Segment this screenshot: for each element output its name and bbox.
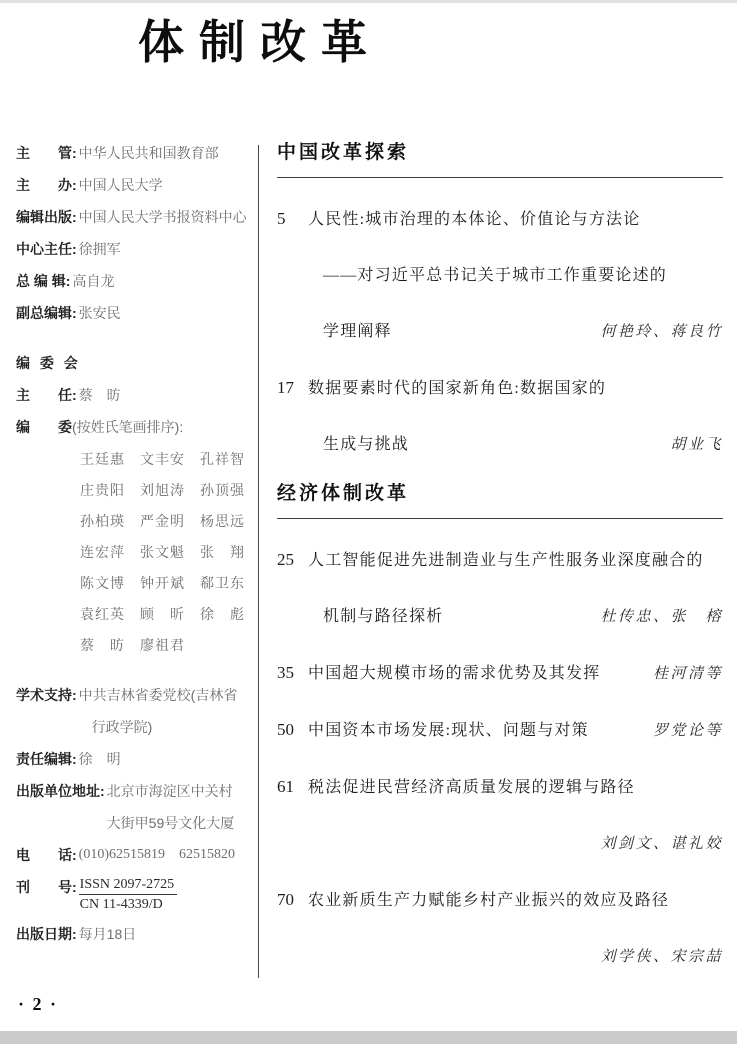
entry-authors: 桂河清等	[641, 664, 723, 684]
publisher-address-row: 出版单位地址: 北京市海淀区中关村	[16, 780, 254, 802]
field-label: 刊 号:	[16, 876, 77, 898]
field-label: 总 编 辑:	[16, 270, 70, 292]
column-divider	[258, 145, 259, 978]
masthead-row-organizer: 主 办: 中国人民大学	[16, 174, 254, 196]
board-member-row: 王廷惠 文丰安 孔祥智	[80, 448, 254, 470]
field-value: 行政学院)	[92, 716, 153, 738]
entry-title: 数据要素时代的国家新角色:数据国家的	[308, 379, 606, 399]
issue-number-row: 刊 号: ISSN 2097-2725 CN 11-4339/D	[16, 876, 254, 913]
board-member-row: 蔡 昉 廖祖君	[80, 634, 254, 656]
field-label: 电 话:	[16, 844, 77, 866]
field-value: 徐拥军	[79, 238, 121, 260]
entry-authors: 罗党论等	[641, 721, 723, 741]
field-value: 每月18日	[79, 923, 137, 945]
board-member-row: 连宏萍 张文魁 张 翔	[80, 541, 254, 563]
entry-title: 人民性:城市治理的本体论、价值论与方法论	[308, 210, 640, 230]
board-member-row: 孙柏瑛 严金明 杨思远	[80, 510, 254, 532]
field-label: 主 办:	[16, 174, 77, 196]
scan-edge-top	[0, 0, 737, 3]
toc-entry-subtitle-line: 学理阐释 何艳玲、蒋良竹	[277, 322, 723, 342]
entry-title: 农业新质生产力赋能乡村产业振兴的效应及路径	[308, 891, 669, 911]
field-label: 出版日期:	[16, 923, 77, 945]
field-label: 主 管:	[16, 142, 77, 164]
field-value: 蔡 昉	[79, 384, 121, 406]
toc-entry-line: 5 人民性:城市治理的本体论、价值论与方法论	[277, 209, 723, 230]
entry-title-cont: 机制与路径探析	[323, 607, 443, 627]
section-rule	[277, 177, 723, 178]
entry-page-number: 70	[277, 890, 308, 910]
toc-entry-cont-line: 机制与路径探析 杜传忠、张 榕	[277, 607, 723, 627]
field-label: 责任编辑:	[16, 748, 77, 770]
page-number: · 2 ·	[18, 994, 58, 1015]
field-value: 中国人民大学书报资料中心	[79, 206, 247, 228]
sort-note: (按姓氏笔画排序):	[72, 416, 183, 438]
entry-page-number: 5	[277, 209, 308, 229]
entry-authors: 杜传忠、张 榕	[588, 607, 723, 627]
masthead-row-center-director: 中心主任: 徐拥军	[16, 238, 254, 260]
field-label: 编辑出版:	[16, 206, 77, 228]
toc-entry-subtitle-line: ——对习近平总书记关于城市工作重要论述的	[277, 266, 723, 286]
field-label: 中心主任:	[16, 238, 77, 260]
academic-support-row: 学术支持: 中共吉林省委党校(吉林省	[16, 684, 254, 706]
entry-title-cont: 生成与挑战	[323, 435, 409, 455]
field-value: 中共吉林省委党校(吉林省	[79, 684, 238, 706]
issn-number: ISSN 2097-2725	[79, 876, 178, 895]
duty-editor-row: 责任编辑: 徐 明	[16, 748, 254, 770]
toc-entry-line: 61 税法促进民营经济高质量发展的逻辑与路径	[277, 777, 723, 798]
field-label: 出版单位地址:	[16, 780, 105, 802]
board-members-label-row: 编 委 (按姓氏笔画排序):	[16, 416, 254, 438]
masthead-row-deputy-editor: 副总编辑: 张安民	[16, 302, 254, 324]
toc-column: 中国改革探索 5 人民性:城市治理的本体论、价值论与方法论 ——对习近平总书记关…	[277, 140, 723, 967]
section-heading-economic-reform: 经济体制改革	[277, 481, 723, 507]
phone-row: 电 话: (010)62515819 62515820	[16, 844, 254, 866]
entry-page-number: 25	[277, 550, 308, 570]
board-member-row: 庄贵阳 刘旭涛 孙顶强	[80, 479, 254, 501]
entry-page-number: 35	[277, 663, 308, 683]
scan-edge-bottom	[0, 1031, 737, 1044]
toc-entry-line: 17 数据要素时代的国家新角色:数据国家的	[277, 378, 723, 399]
field-value: 高自龙	[72, 270, 114, 292]
toc-entry-line: 25 人工智能促进先进制造业与生产性服务业深度融合的	[277, 550, 723, 571]
field-value: 大街甲59号文化大厦	[107, 812, 235, 834]
board-member-row: 陈文博 钟开斌 郗卫东	[80, 572, 254, 594]
editorial-board-heading: 编 委 会	[16, 352, 254, 374]
field-value: 张安民	[79, 302, 121, 324]
section-rule	[277, 518, 723, 519]
toc-entry-cont-line: 生成与挑战 胡业飞	[277, 435, 723, 455]
toc-entry-line: 35 中国超大规模市场的需求优势及其发挥 桂河清等	[277, 663, 723, 684]
field-value: 北京市海淀区中关村	[107, 780, 233, 802]
journal-title: 体制改革	[138, 6, 382, 72]
entry-title: 中国超大规模市场的需求优势及其发挥	[308, 664, 600, 684]
field-label: 主 任:	[16, 384, 77, 406]
board-member-row: 袁红英 顾 昕 徐 彪	[80, 603, 254, 625]
academic-support-cont-row: 学术支持: 行政学院)	[16, 716, 254, 738]
entry-title: 税法促进民营经济高质量发展的逻辑与路径	[308, 778, 635, 798]
issn-cn-fraction: ISSN 2097-2725 CN 11-4339/D	[79, 876, 178, 913]
publisher-address-cont-row: 出版单位地址: 大街甲59号文化大厦	[16, 812, 254, 834]
toc-entry-authors-line: 刘学侠、宋宗喆	[277, 947, 723, 967]
pub-date-row: 出版日期: 每月18日	[16, 923, 254, 945]
field-label: 编 委	[16, 416, 72, 438]
field-value: (010)62515819 62515820	[79, 844, 235, 866]
cn-number: CN 11-4339/D	[79, 895, 178, 913]
entry-title: 中国资本市场发展:现状、问题与对策	[308, 721, 589, 741]
entry-authors: 何艳玲、蒋良竹	[588, 322, 723, 342]
board-chair-row: 主 任: 蔡 昉	[16, 384, 254, 406]
masthead-column: 主 管: 中华人民共和国教育部 主 办: 中国人民大学 编辑出版: 中国人民大学…	[16, 142, 254, 955]
entry-page-number: 50	[277, 720, 308, 740]
field-label: 学术支持:	[16, 684, 77, 706]
entry-authors: 刘剑文、谌礼姣	[588, 834, 723, 854]
entry-page-number: 17	[277, 378, 308, 398]
toc-entry-authors-line: 刘剑文、谌礼姣	[277, 834, 723, 854]
section-heading-china-reform: 中国改革探索	[277, 140, 723, 166]
toc-entry-line: 50 中国资本市场发展:现状、问题与对策 罗党论等	[277, 720, 723, 741]
toc-entry-line: 70 农业新质生产力赋能乡村产业振兴的效应及路径	[277, 890, 723, 911]
entry-title: 人工智能促进先进制造业与生产性服务业深度融合的	[308, 551, 704, 571]
masthead-row-supervisor: 主 管: 中华人民共和国教育部	[16, 142, 254, 164]
entry-authors: 胡业飞	[658, 435, 723, 455]
field-label: 副总编辑:	[16, 302, 77, 324]
entry-subtitle: 学理阐释	[323, 322, 392, 342]
masthead-row-chief-editor: 总 编 辑: 高自龙	[16, 270, 254, 292]
entry-authors: 刘学侠、宋宗喆	[588, 947, 723, 967]
masthead-row-publisher: 编辑出版: 中国人民大学书报资料中心	[16, 206, 254, 228]
entry-page-number: 61	[277, 777, 308, 797]
journal-toc-page: 体制改革 主 管: 中华人民共和国教育部 主 办: 中国人民大学 编辑出版: 中…	[0, 0, 737, 1044]
entry-subtitle: ——对习近平总书记关于城市工作重要论述的	[323, 266, 667, 286]
field-value: 中华人民共和国教育部	[79, 142, 219, 164]
field-value: 徐 明	[79, 748, 121, 770]
field-value: 中国人民大学	[79, 174, 163, 196]
